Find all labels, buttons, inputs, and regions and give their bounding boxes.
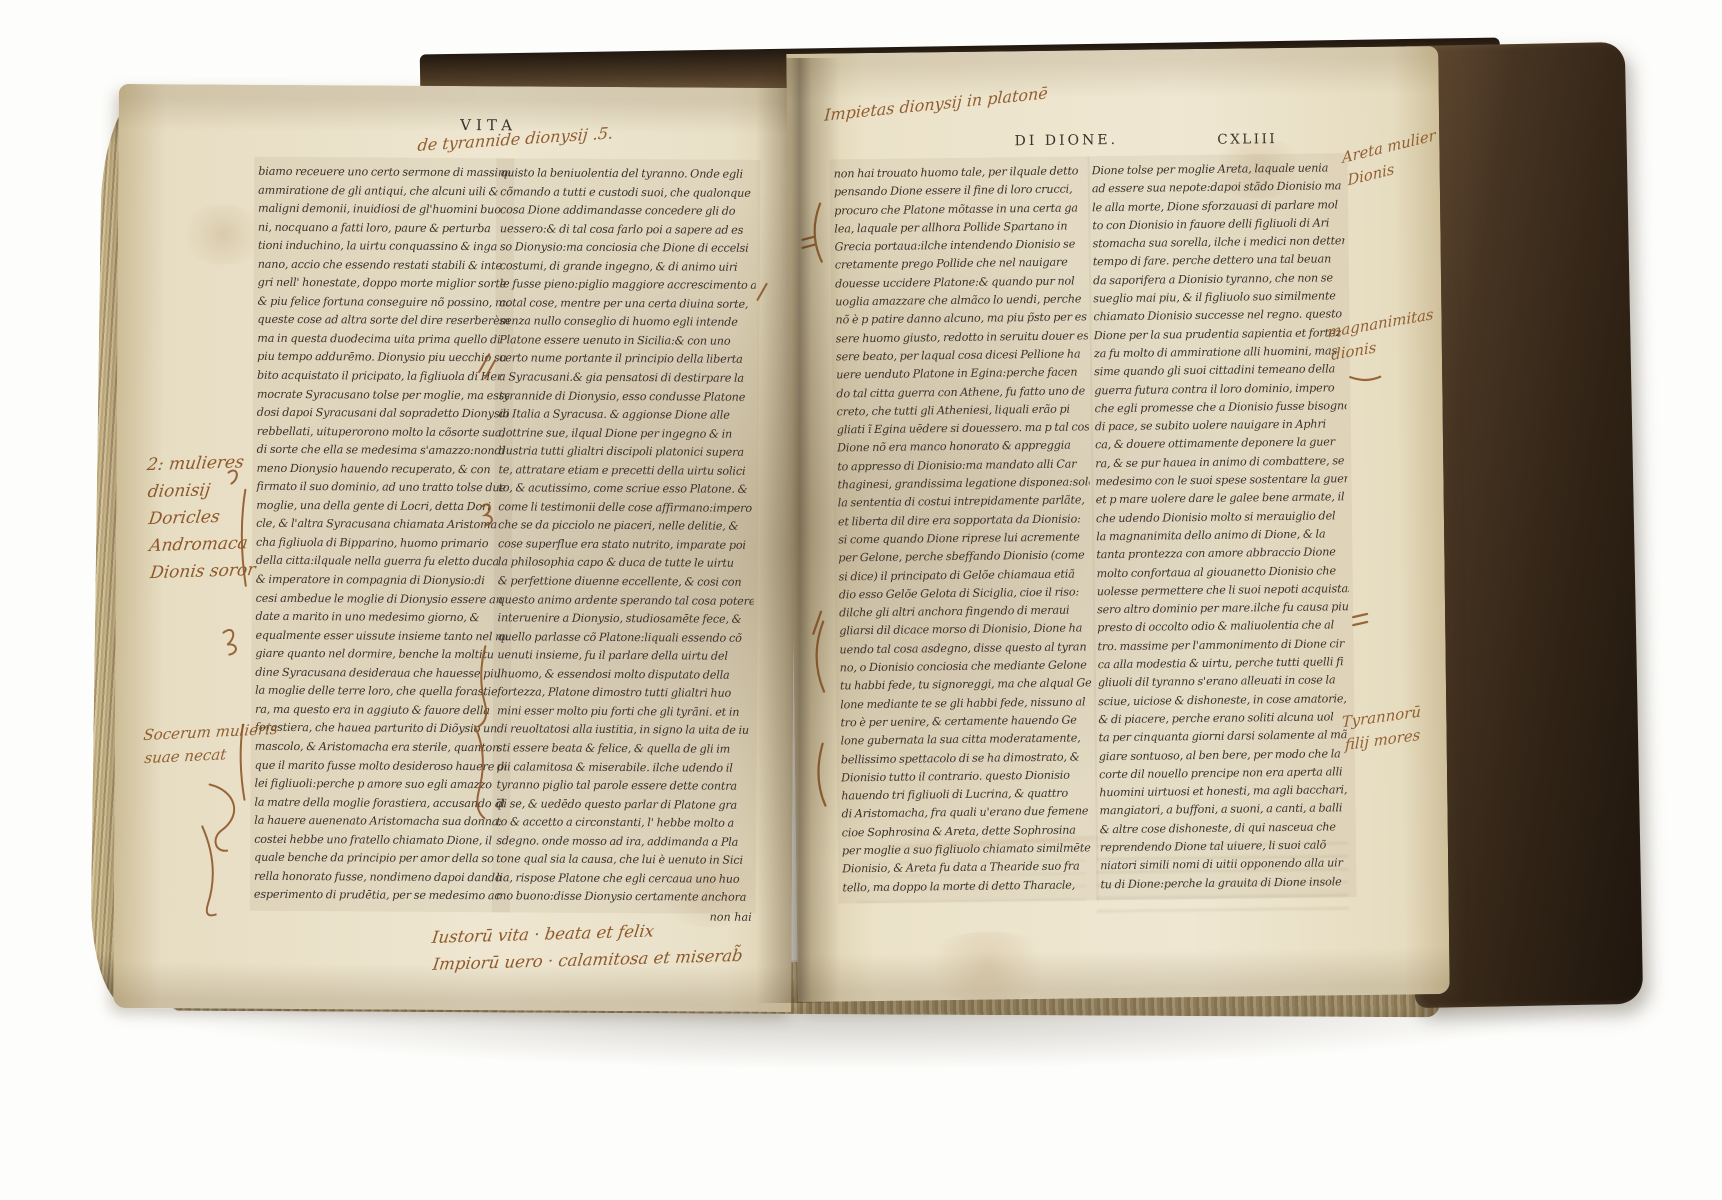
text-line: di reuoltatosi alla iustitia, in signo l… — [497, 721, 753, 741]
text-line: date a marito in uno medesimo giorno, & — [256, 608, 508, 628]
left-page-column-2: quisto la beniuolentia del tyranno. Onde… — [496, 164, 757, 907]
text-line: dustria tutti glialtri discipoli platoni… — [499, 442, 755, 462]
text-line: cose superflue era stato nutrito, impara… — [498, 535, 754, 555]
text-line: quello parlasse cõ Platone:liquali essen… — [497, 628, 753, 648]
margin-note-right-1: Areta mulierDionis — [1339, 124, 1443, 191]
text-line: meno Dionysio hauendo recuperato, & con — [256, 460, 508, 480]
text-line: senza nullo conseglio di huomo egli inte… — [499, 313, 755, 333]
text-line: ra, ma questo era in aggiuto & fauore de… — [255, 701, 507, 721]
text-line: della citta:ilquale nella guerra fu elet… — [256, 552, 508, 572]
folio-number: CXLIII — [1217, 131, 1277, 148]
text-line: Platone essere uenuto in Sicilia:& con u… — [499, 331, 755, 351]
text-line: ma in questa duodecima uita prima quello… — [257, 330, 509, 350]
margin-note-line: Dionis soror — [148, 557, 257, 587]
text-line: uessero:& di tal cosa farlo poi a sapere… — [500, 220, 756, 240]
text-line: esperimento di prudētia, per se medesimo… — [254, 886, 506, 906]
text-line: cosa Dione addimandasse concedere gli do — [500, 201, 756, 221]
text-line: mascolo, & Aristomacha era sterile, quan… — [255, 738, 507, 758]
text-line: lhuomo, & essendosi molto disputato dell… — [497, 665, 753, 685]
text-line: a Syracusani.& gia pensatosi di destirpa… — [499, 368, 755, 388]
text-line: la matre della moglie forastiera, accusa… — [254, 793, 506, 813]
text-line: quale benche da principio per amor della… — [254, 849, 506, 869]
text-line: di Italia a Syracusa. & aggionse Dione a… — [499, 405, 755, 425]
ink-equals-mark — [1353, 614, 1367, 625]
text-line: sdegno. onde mosso ad ira, addimanda a P… — [496, 832, 752, 852]
text-line: cõmando a tutti e custodi suoi, che qual… — [500, 183, 756, 203]
left-page-column-1: biamo receuere uno certo sermone di mass… — [254, 163, 511, 906]
text-line: que il marito fusse molto desideroso hau… — [255, 756, 507, 776]
text-line: costei hebbe uno fratello chiamato Dione… — [254, 830, 506, 850]
bottom-handwritten-note: Iustorū vita · beata et felixImpiorū uer… — [432, 915, 743, 978]
ink-underline — [1350, 377, 1380, 380]
book-gutter-shadow — [756, 58, 840, 1003]
text-line: & piu felice fortuna conseguire nõ possi… — [257, 293, 509, 313]
margin-note-line: dionisij — [146, 476, 255, 506]
text-line: interuenire a Dionysio, studiosamēte fec… — [498, 609, 754, 629]
text-line: mocrate Syracusano tolse per moglie, ma … — [257, 385, 509, 405]
margin-note-line: Doricles — [147, 503, 256, 533]
text-line: moglie, una della gente di Locri, detta … — [256, 497, 508, 517]
text-line: pii calamitosa & miserabile. ilche udend… — [497, 758, 753, 778]
text-line: cotal cose, mentre per una certa diuina … — [499, 294, 755, 314]
ink-flourish — [202, 826, 217, 915]
book-photograph: VITA de tyrannide dionysij .5. biamo rec… — [0, 0, 1722, 1200]
margin-note-line: Andromaca — [148, 530, 257, 560]
text-line: ni, nocquano a fatti loro, paure & pertu… — [258, 218, 510, 238]
text-line: & imperatore in compagnia di Dionysio:di — [256, 571, 508, 591]
text-line: firmato il suo dominio, ad uno tratto to… — [256, 478, 508, 498]
text-line: cesi ambedue le moglie di Dionysio esser… — [256, 589, 508, 609]
text-line: le fusse pieno:piglio maggiore accrescim… — [500, 276, 756, 296]
text-line: di sorte che ella se medesima s'amazzo:n… — [257, 441, 509, 461]
text-line: & perfettione diuenne eccellente, & cosi… — [498, 572, 754, 592]
text-line: lia, rispose Platone che egli cercaua un… — [496, 869, 752, 889]
text-line: la moglie delle terre loro, che quella f… — [255, 682, 507, 702]
margin-note-line: 2: mulieres — [145, 449, 254, 479]
text-line: nano, accio che essendo restati stabili … — [258, 256, 510, 276]
right-page-column-1: non hai trouato huomo tale, per ilquale … — [834, 162, 1095, 897]
ink-curl — [223, 630, 236, 655]
text-line: cha figliuola di Bipparino, huomo primar… — [256, 534, 508, 554]
text-line: queste cose ad altra sorte del dire rese… — [257, 311, 509, 331]
text-line: certo nume portante il principio della l… — [499, 350, 755, 370]
text-line: to, & acutissimo, come scriue esso Plato… — [498, 480, 754, 500]
text-line: piu tempo addurēmo. Dionysio piu uecchio… — [257, 348, 509, 368]
show-through-text — [856, 850, 1087, 903]
text-line: fortezza, Platone dimostro tutti glialtr… — [497, 684, 753, 704]
text-line: giare quanto nel dormire, benche la molt… — [255, 645, 507, 665]
text-line: tioni induchino, la uirtu conquassino & … — [258, 237, 510, 257]
text-line: bito acquistato il pricipato, la figliuo… — [257, 367, 509, 387]
text-line: equalmente esser uissute insieme tanto n… — [255, 626, 507, 646]
left-page: VITA de tyrannide dionysij .5. biamo rec… — [113, 84, 797, 1012]
ink-flourish — [209, 785, 234, 851]
foxing-spot — [917, 931, 1058, 1003]
text-line: rella honorato fusse, nondimeno dapoi da… — [254, 868, 506, 888]
running-title-right: DI DIONE. — [981, 132, 1151, 150]
text-line: questo animo ardente sperando tal cosa p… — [498, 591, 754, 611]
text-line: dottrine sue, ilqual Dione per ingegno &… — [499, 424, 755, 444]
text-line: tyrannide di Dionysio, esso condusse Pla… — [499, 387, 755, 407]
text-line: la hauere auenenato Aristomacha sua donn… — [254, 812, 506, 832]
text-line: la philosophia capo & duca de tutte le u… — [498, 554, 754, 574]
text-line: forastiera, che hauea parturito di Diõys… — [255, 719, 507, 739]
text-line: sti essere beata & felice, & quella de g… — [497, 739, 753, 759]
text-line: to & accetto a circonstanti, l' hebbe mo… — [496, 813, 752, 833]
text-line: costumi, di grande ingegno, & di animo u… — [500, 257, 756, 277]
text-line: dine Syracusana desideraua che hauesse p… — [255, 664, 507, 684]
right-page: Impietas dionysij in platonē DI DIONE. C… — [786, 46, 1450, 1002]
handwritten-header-note-right: Impietas dionysij in platonē — [824, 83, 1049, 125]
text-line: rebbellati, uituperorono molto la cõsort… — [257, 422, 509, 442]
text-line: tyranno piglio tal parole essere dette c… — [496, 776, 752, 796]
text-line: che se da picciolo ne piaceri, nelle del… — [498, 517, 754, 537]
text-line: mini esser molto piu forti che gli tyrãn… — [497, 702, 753, 722]
show-through-text — [1096, 839, 1349, 912]
text-line: te, attratare etiam e precetti della uir… — [498, 461, 754, 481]
margin-note-lower-left: Socerum mulierissuae necat — [143, 718, 279, 770]
margin-note-right-3: Tyrannorūfilij mores — [1340, 701, 1425, 757]
text-line: maligni demonii, inuidiosi de gl'huomini… — [258, 200, 510, 220]
text-line: so Dionysio:ma conciosia che Dione di ec… — [500, 238, 756, 258]
margin-note-upper-left: 2: mulieresdionisijDoriclesAndromacaDion… — [147, 449, 256, 587]
text-line: quisto la beniuolentia del tyranno. Onde… — [500, 164, 756, 184]
text-line: di se, & uedēdo questo parlar di Platone… — [496, 795, 752, 815]
right-page-column-2: Dione tolse per moglie Areta, laquale ue… — [1092, 159, 1353, 894]
text-line: dosi dapoi Syracusani dal sopradetto Dio… — [257, 404, 509, 424]
text-line: cle, & l'altra Syracusana chiamata Arist… — [256, 515, 508, 535]
text-line: tone qual sia la causa, che lui è uenuto… — [496, 850, 752, 870]
text-line: lei figliuoli:perche p amore suo egli am… — [254, 775, 506, 795]
text-line: mo buono:disse Dionysio certamente ancho… — [496, 888, 752, 908]
text-line: come li testimonii delle cose affirmano:… — [498, 498, 754, 518]
text-line: gri nell' honestate, doppo morte miglior… — [258, 274, 510, 294]
text-line: biamo receuere uno certo sermone di mass… — [258, 163, 510, 183]
text-line: uenuti insieme, fu il parlare della uirt… — [497, 646, 753, 666]
text-line: ammiratione de gli antiqui, che alcuni u… — [258, 181, 510, 201]
